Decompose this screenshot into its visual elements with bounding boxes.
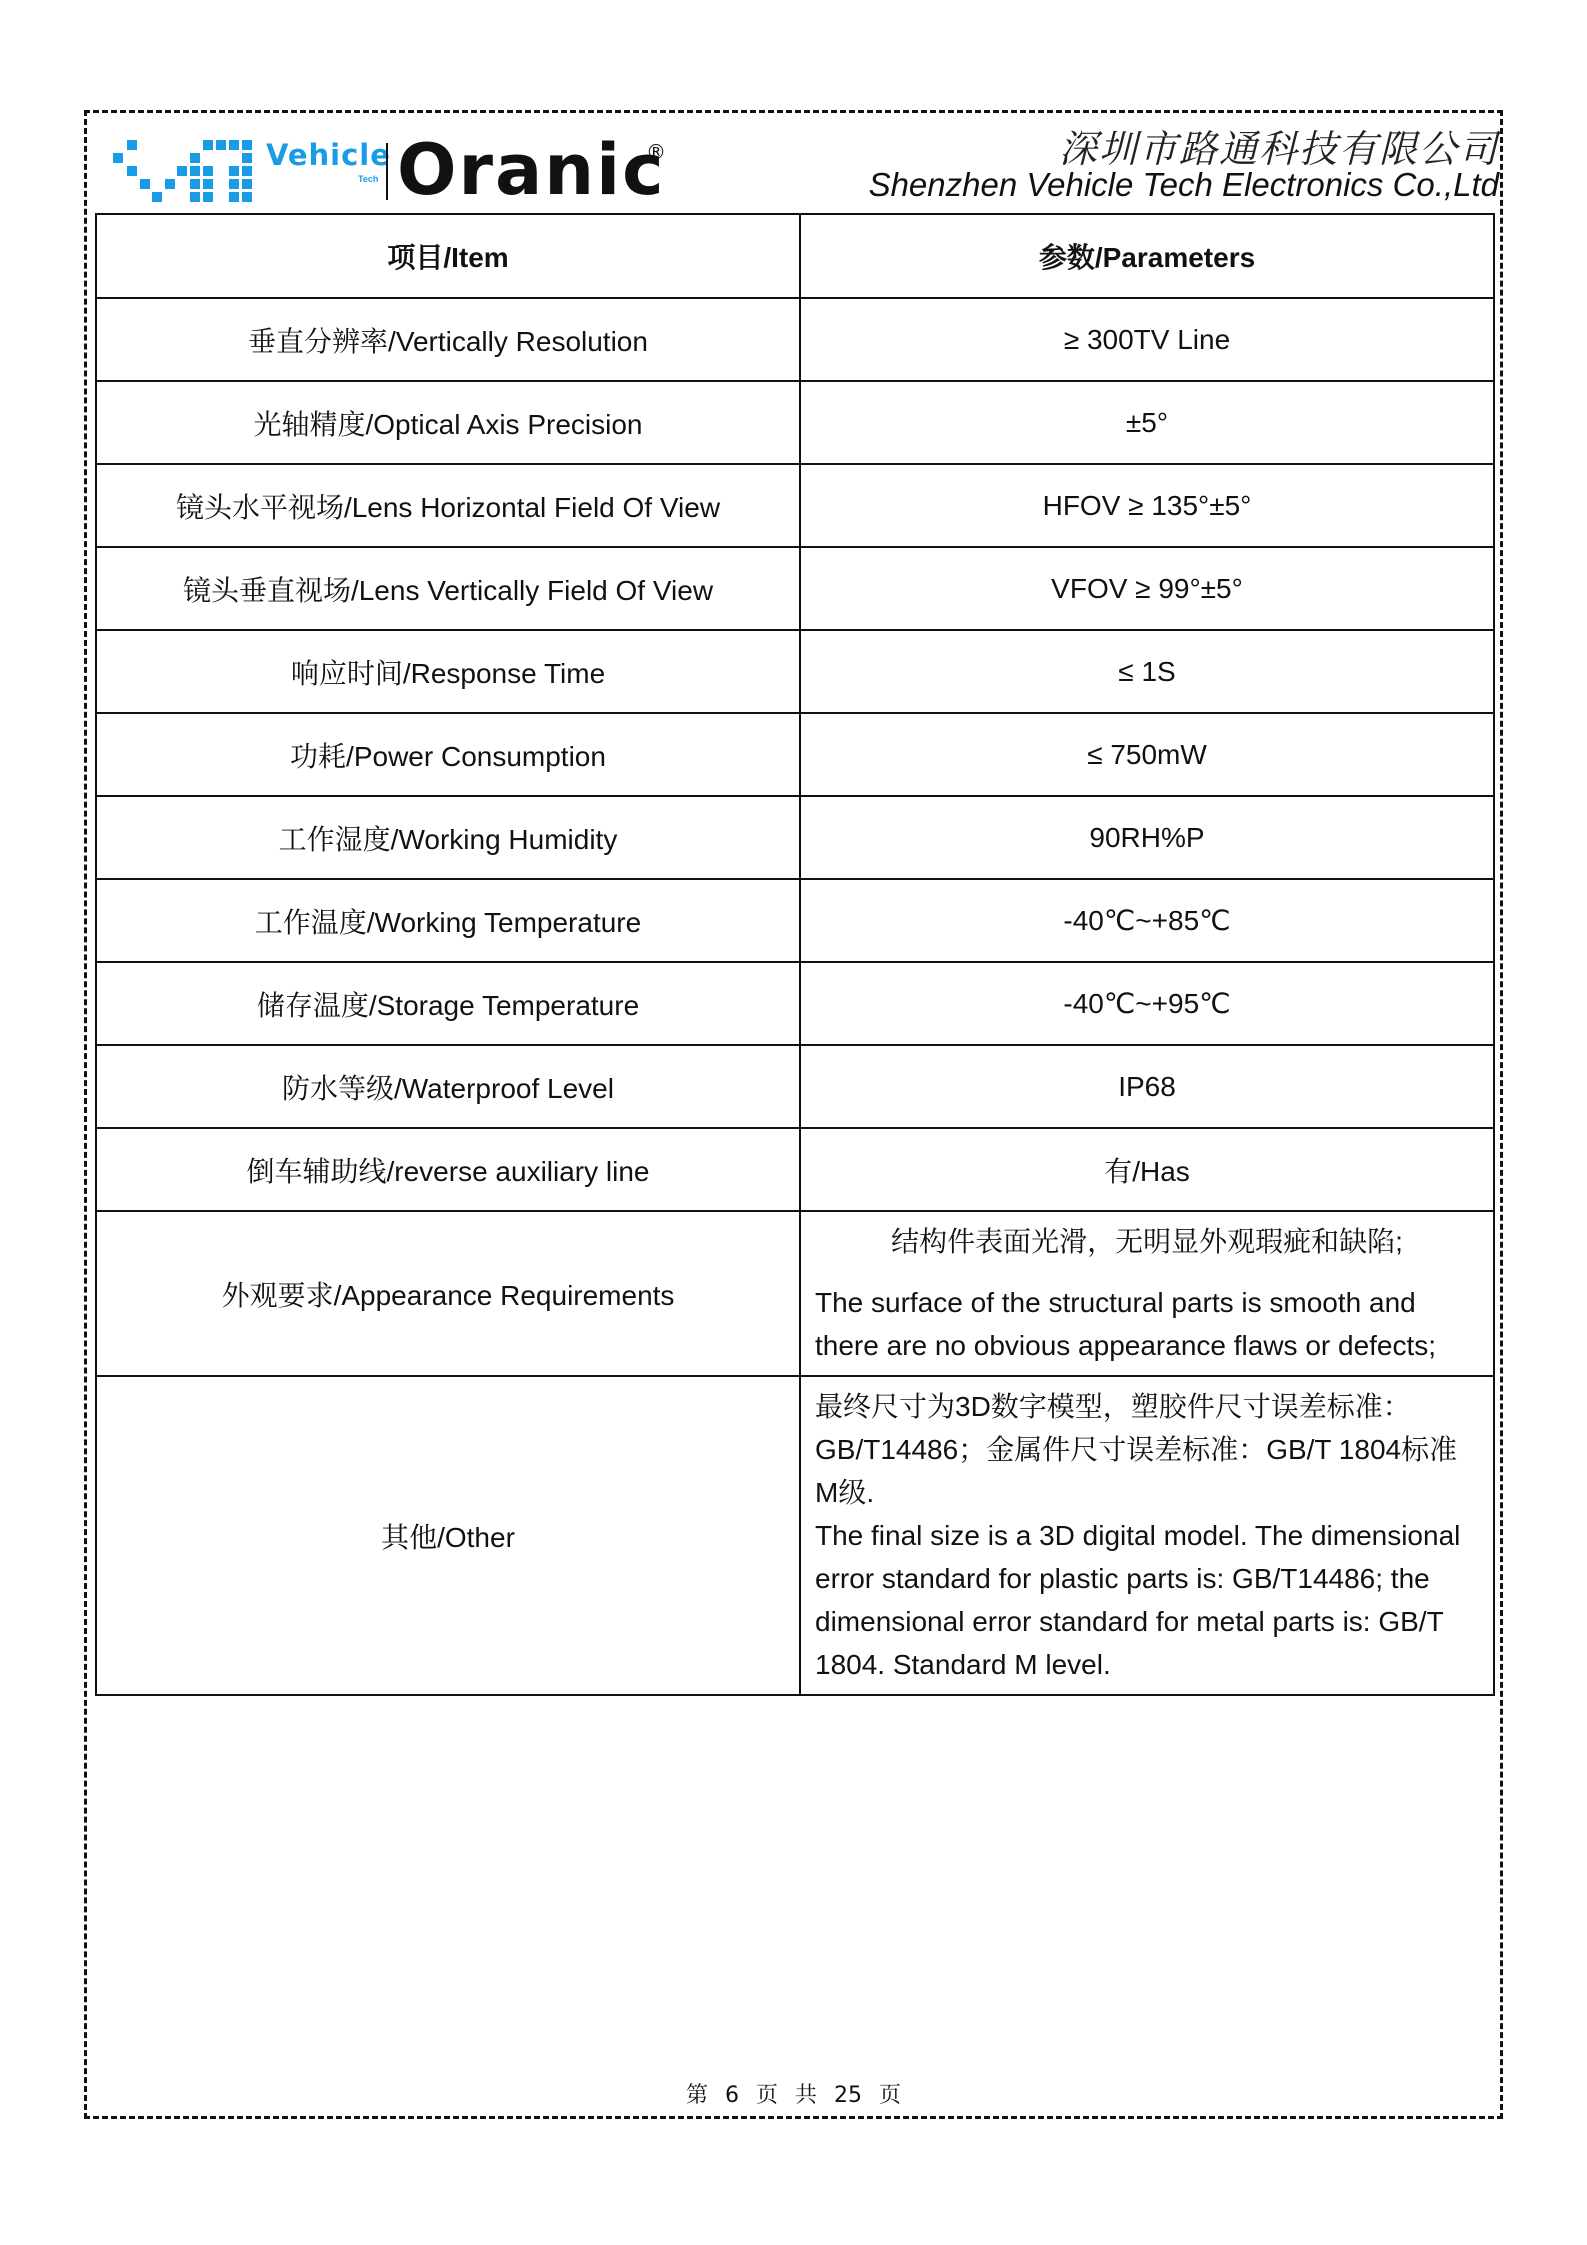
page-label-prefix: 第 <box>686 2083 708 2108</box>
logo-pixel-icon <box>229 140 239 150</box>
logo-pixel-icon <box>242 166 252 176</box>
value-text-cn: 最终尺寸为3D数字模型，塑胶件尺寸误差标准：GB/T14486；金属件尺寸误差标… <box>815 1385 1479 1514</box>
company-name-en: Shenzhen Vehicle Tech Electronics Co.,Lt… <box>869 166 1499 204</box>
page-label-suffix: 页 <box>879 2083 901 2108</box>
page-number-footer: 第 6 页 共 25 页 <box>0 2078 1587 2109</box>
logo-pixel-icon <box>190 192 200 202</box>
table-row: 其他/Other 最终尺寸为3D数字模型，塑胶件尺寸误差标准：GB/T14486… <box>96 1376 1494 1695</box>
value-cell: ≤ 750mW <box>800 713 1494 796</box>
value-cell: ≤ 1S <box>800 630 1494 713</box>
item-cell: 镜头垂直视场/Lens Vertically Field Of View <box>96 547 800 630</box>
logo-pixel-icon <box>177 166 187 176</box>
logo-pixel-icon <box>203 140 213 150</box>
logo-pixel-icon <box>242 153 252 163</box>
logo-pixel-icon <box>127 140 137 150</box>
value-cell: ≥ 300TV Line <box>800 298 1494 381</box>
value-cell: -40℃~+95℃ <box>800 962 1494 1045</box>
item-cell: 工作温度/Working Temperature <box>96 879 800 962</box>
logo-pixel-icon <box>190 153 200 163</box>
value-cell: 有/Has <box>800 1128 1494 1211</box>
spec-table: 项目/Item 参数/Parameters 垂直分辨率/Vertically R… <box>95 213 1495 1696</box>
value-cell: 最终尺寸为3D数字模型，塑胶件尺寸误差标准：GB/T14486；金属件尺寸误差标… <box>800 1376 1494 1695</box>
value-cell: IP68 <box>800 1045 1494 1128</box>
logo-pixel-icon <box>229 179 239 189</box>
item-cell: 响应时间/Response Time <box>96 630 800 713</box>
logo-pixel-icon <box>242 140 252 150</box>
logo-pixel-icon <box>242 192 252 202</box>
table-row: 工作温度/Working Temperature -40℃~+85℃ <box>96 879 1494 962</box>
logo-pixel-icon <box>216 140 226 150</box>
item-cell: 其他/Other <box>96 1376 800 1695</box>
item-cell: 镜头水平视场/Lens Horizontal Field Of View <box>96 464 800 547</box>
table-row: 工作湿度/Working Humidity 90RH%P <box>96 796 1494 879</box>
table-row: 功耗/Power Consumption ≤ 750mW <box>96 713 1494 796</box>
logo-pixel-icon <box>165 179 175 189</box>
company-name-cn: 深圳市路通科技有限公司 <box>1059 118 1499 173</box>
item-cell: 功耗/Power Consumption <box>96 713 800 796</box>
logo-pixel-icon <box>203 179 213 189</box>
table-row: 倒车辅助线/reverse auxiliary line 有/Has <box>96 1128 1494 1211</box>
value-cell: -40℃~+85℃ <box>800 879 1494 962</box>
company-logo: Vehicle Tech Oranic ® <box>100 130 680 210</box>
table-row: 镜头垂直视场/Lens Vertically Field Of View VFO… <box>96 547 1494 630</box>
registered-mark-icon: ® <box>646 140 666 164</box>
item-cell: 垂直分辨率/Vertically Resolution <box>96 298 800 381</box>
table-row: 光轴精度/Optical Axis Precision ±5° <box>96 381 1494 464</box>
value-text-cn: 结构件表面光滑，无明显外观瑕疵和缺陷; <box>815 1220 1479 1263</box>
table-row: 镜头水平视场/Lens Horizontal Field Of View HFO… <box>96 464 1494 547</box>
logo-pixel-icon <box>127 166 137 176</box>
logo-pixel-icon <box>152 192 162 202</box>
logo-divider <box>386 143 388 200</box>
value-cell: 结构件表面光滑，无明显外观瑕疵和缺陷; The surface of the s… <box>800 1211 1494 1376</box>
value-cell: VFOV ≥ 99°±5° <box>800 547 1494 630</box>
logo-pixel-icon <box>203 192 213 202</box>
table-header-row: 项目/Item 参数/Parameters <box>96 214 1494 298</box>
column-header-item: 项目/Item <box>96 214 800 298</box>
table-row: 储存温度/Storage Temperature -40℃~+95℃ <box>96 962 1494 1045</box>
page-label-mid: 页 共 <box>756 2083 817 2108</box>
logo-pixel-icon <box>203 166 213 176</box>
logo-oranic-text: Oranic <box>397 130 666 210</box>
item-cell: 外观要求/Appearance Requirements <box>96 1211 800 1376</box>
value-text-en: The final size is a 3D digital model. Th… <box>815 1514 1479 1686</box>
value-cell: HFOV ≥ 135°±5° <box>800 464 1494 547</box>
logo-vehicle-text: Vehicle <box>266 138 391 172</box>
value-text-en: The surface of the structural parts is s… <box>815 1287 1436 1361</box>
item-cell: 储存温度/Storage Temperature <box>96 962 800 1045</box>
logo-tech-text: Tech <box>358 174 378 184</box>
logo-pixel-icon <box>190 179 200 189</box>
logo-pixel-icon <box>140 179 150 189</box>
item-cell: 倒车辅助线/reverse auxiliary line <box>96 1128 800 1211</box>
logo-pixel-icon <box>190 166 200 176</box>
item-cell: 工作湿度/Working Humidity <box>96 796 800 879</box>
total-pages: 25 <box>834 2083 862 2108</box>
item-cell: 防水等级/Waterproof Level <box>96 1045 800 1128</box>
column-header-parameters: 参数/Parameters <box>800 214 1494 298</box>
logo-pixel-icon <box>229 192 239 202</box>
table-row: 外观要求/Appearance Requirements 结构件表面光滑，无明显… <box>96 1211 1494 1376</box>
logo-pixel-icon <box>242 179 252 189</box>
table-row: 响应时间/Response Time ≤ 1S <box>96 630 1494 713</box>
item-cell: 光轴精度/Optical Axis Precision <box>96 381 800 464</box>
logo-pixel-icon <box>229 166 239 176</box>
table-row: 垂直分辨率/Vertically Resolution ≥ 300TV Line <box>96 298 1494 381</box>
logo-pixel-icon <box>113 153 123 163</box>
table-row: 防水等级/Waterproof Level IP68 <box>96 1045 1494 1128</box>
current-page: 6 <box>725 2083 739 2108</box>
value-cell: 90RH%P <box>800 796 1494 879</box>
value-cell: ±5° <box>800 381 1494 464</box>
